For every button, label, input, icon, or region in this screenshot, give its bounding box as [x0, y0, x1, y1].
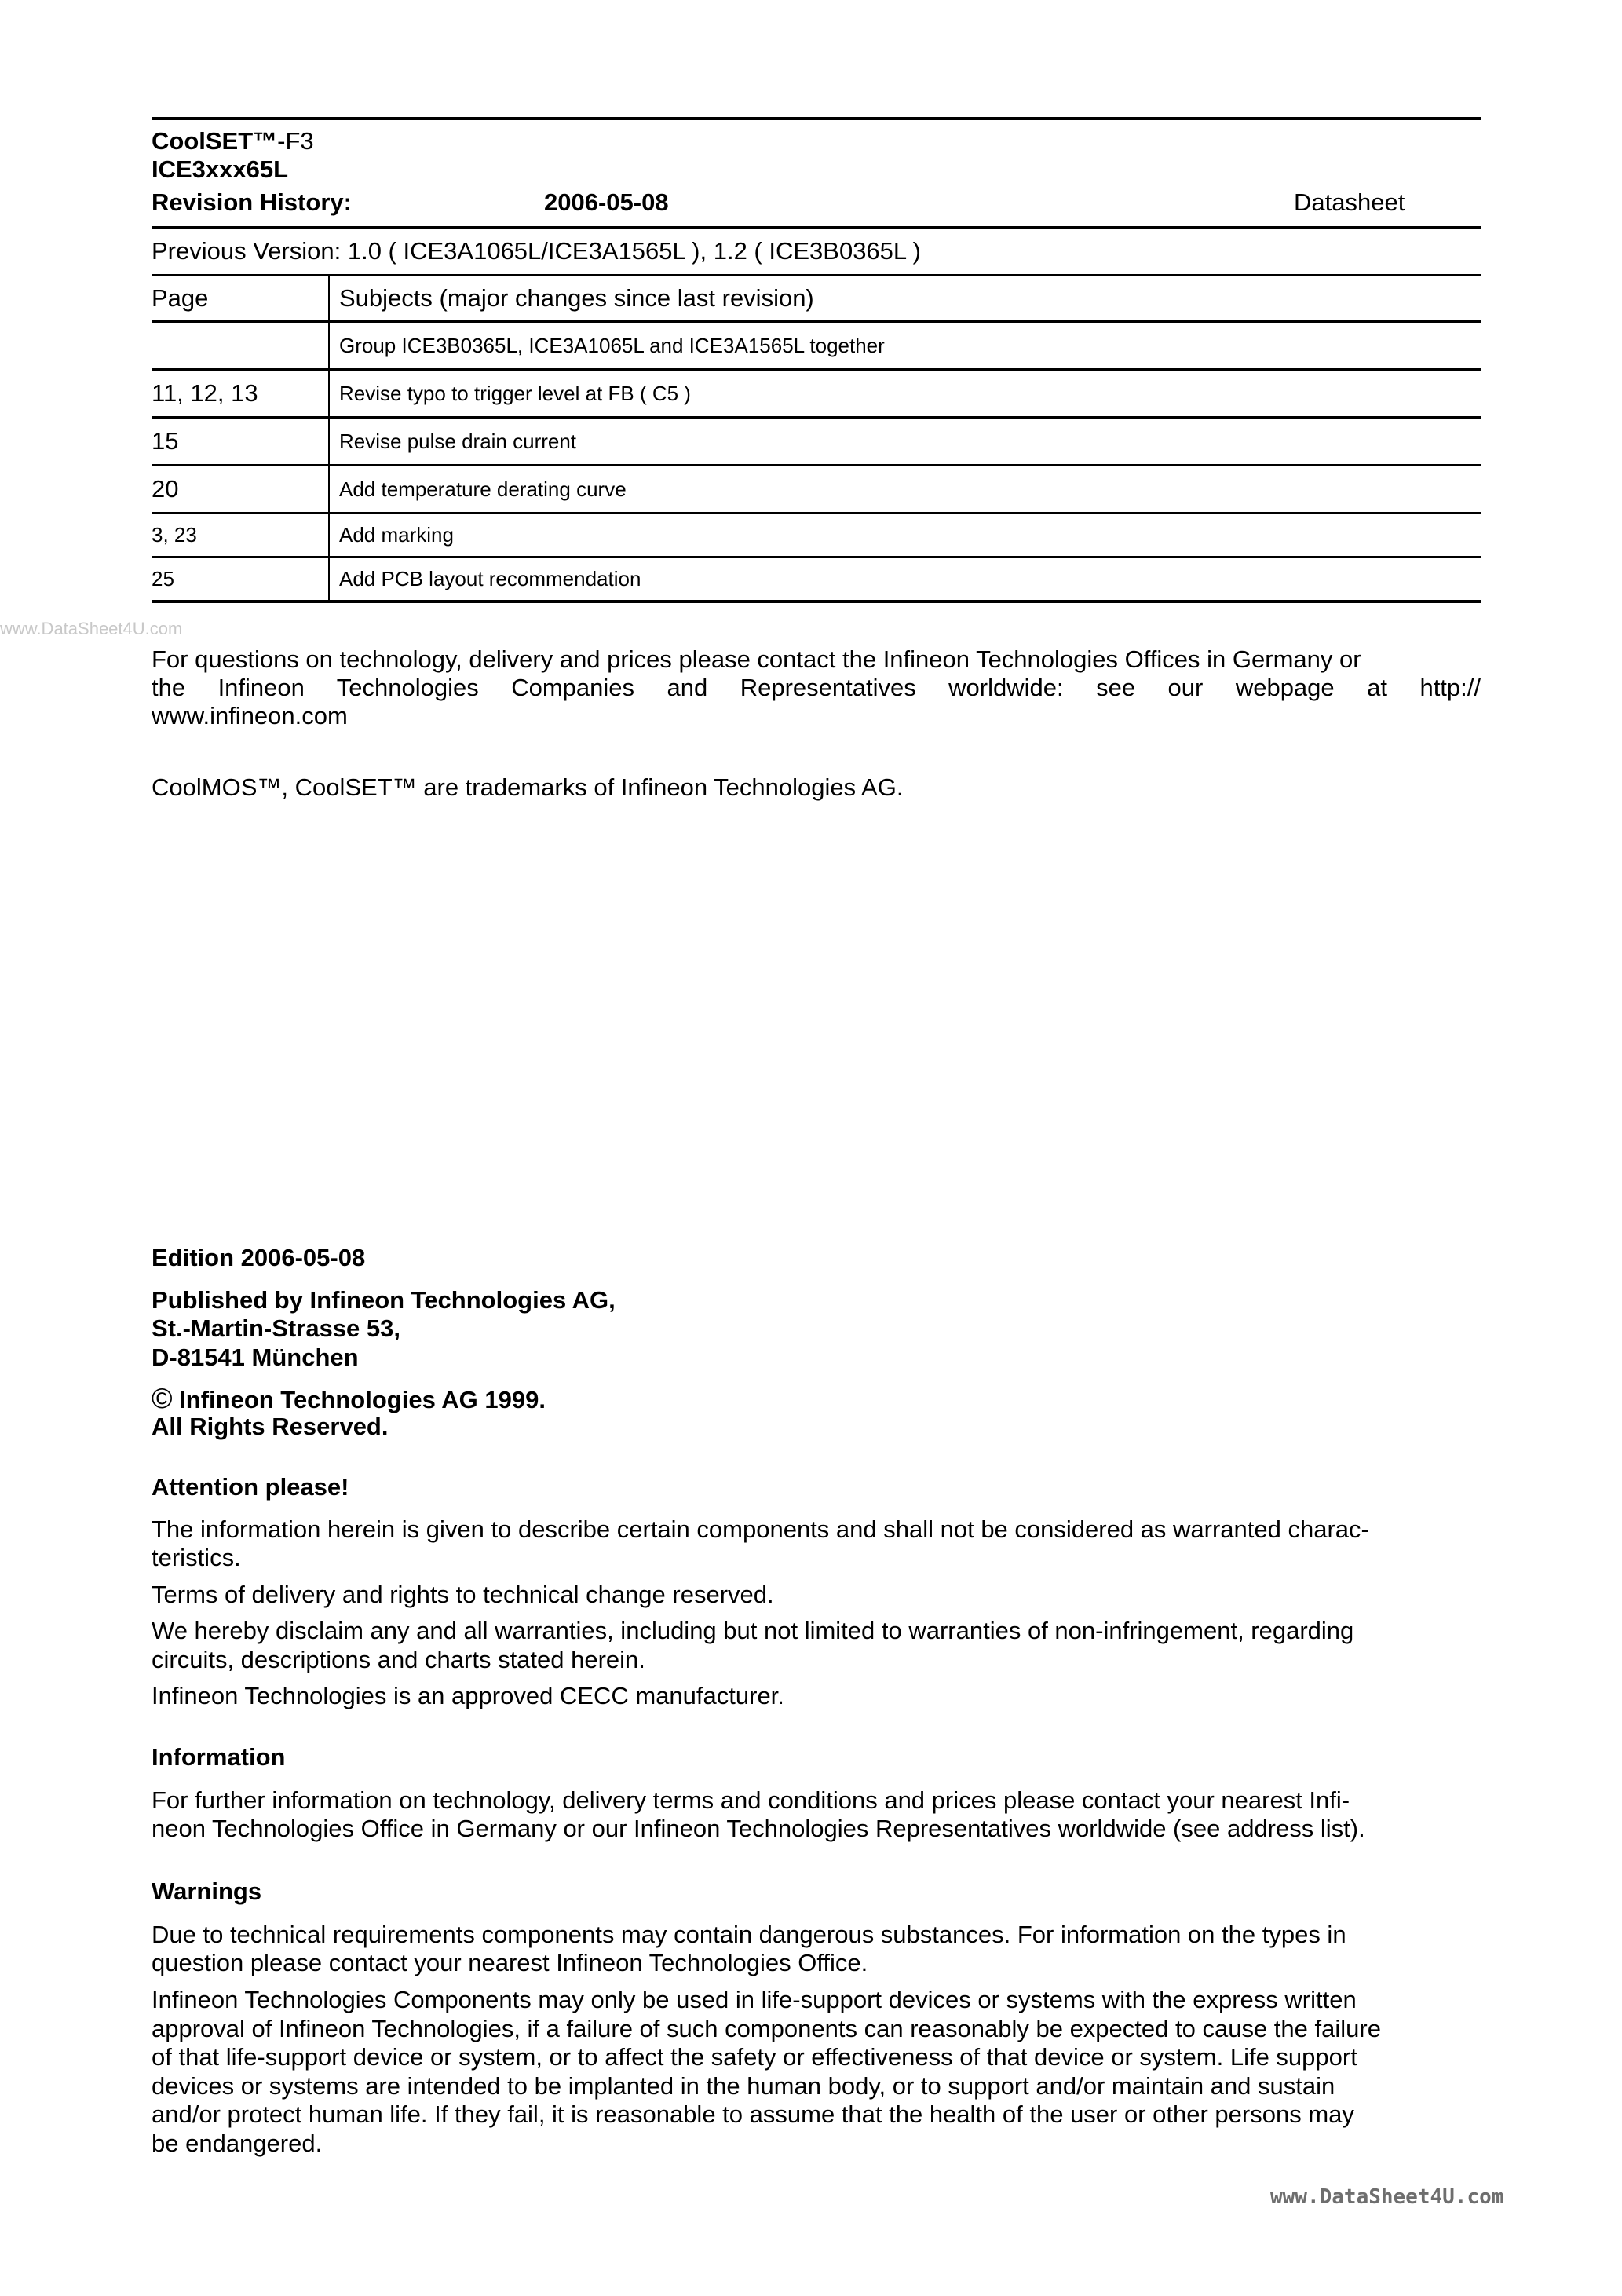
product-line-name: CoolSET™	[152, 127, 277, 155]
header-bottom-rule	[152, 226, 1481, 229]
contact-paragraph-line: For questions on technology, delivery an…	[152, 645, 1481, 674]
row-page-cell: 25	[152, 558, 330, 600]
table-row: 20 Add temperature derating curve	[152, 466, 1481, 512]
warnings-paragraph-line: Infineon Technologies Components may onl…	[152, 1986, 1481, 2015]
information-paragraph-line: neon Technologies Office in Germany or o…	[152, 1815, 1481, 1844]
row-subject-cell: Group ICE3B0365L, ICE3A1065L and ICE3A15…	[330, 323, 1481, 368]
attention-paragraph-line: We hereby disclaim any and all warrantie…	[152, 1617, 1481, 1646]
table-row: Group ICE3B0365L, ICE3A1065L and ICE3A15…	[152, 323, 1481, 368]
row-subject-cell: Revise typo to trigger level at FB ( C5 …	[330, 371, 1481, 416]
warnings-paragraph-line: and/or protect human life. If they fail,…	[152, 2100, 1481, 2130]
row-subject-cell: Add PCB layout recommendation	[330, 558, 1481, 600]
previous-version-text: Previous Version: 1.0 ( ICE3A1065L/ICE3A…	[152, 237, 921, 265]
publisher-line: Published by Infineon Technologies AG,	[152, 1286, 616, 1314]
watermark-text: www.DataSheet4U.com	[0, 619, 182, 639]
revision-date: 2006-05-08	[544, 188, 669, 217]
contact-paragraph-line: the Infineon Technologies Companies and …	[152, 674, 1481, 702]
product-line-title: CoolSET™-F3	[152, 127, 314, 155]
revision-history-table: Page Subjects (major changes since last …	[152, 276, 1481, 603]
product-line-suffix: -F3	[277, 127, 314, 155]
footer-watermark: www.DataSheet4U.com	[1270, 2185, 1503, 2209]
attention-paragraph-line: Terms of delivery and rights to technica…	[152, 1581, 1481, 1610]
row-page-cell	[152, 323, 330, 368]
table-row: 3, 23 Add marking	[152, 514, 1481, 556]
edition-label: Edition 2006-05-08	[152, 1244, 365, 1272]
warnings-heading: Warnings	[152, 1877, 261, 1906]
copyright-line: © Infineon Technologies AG 1999.	[152, 1384, 546, 1414]
attention-paragraph-line: circuits, descriptions and charts stated…	[152, 1646, 1481, 1675]
revision-history-label: Revision History:	[152, 188, 352, 217]
warnings-paragraph-line: of that life-support device or system, o…	[152, 2043, 1481, 2072]
table-row: 11, 12, 13 Revise typo to trigger level …	[152, 371, 1481, 416]
table-row: 15 Revise pulse drain current	[152, 419, 1481, 464]
information-heading: Information	[152, 1743, 286, 1771]
attention-paragraph-line: The information herein is given to descr…	[152, 1515, 1481, 1545]
attention-heading: Attention please!	[152, 1473, 349, 1501]
header-top-rule	[152, 117, 1481, 120]
copyright-text: Infineon Technologies AG 1999.	[179, 1386, 546, 1413]
trademark-note: CoolMOS™, CoolSET™ are trademarks of Inf…	[152, 773, 1481, 802]
doc-type-label: Datasheet	[1294, 188, 1405, 217]
column-header-subjects: Subjects (major changes since last revis…	[330, 276, 1481, 320]
warnings-paragraph-line: approval of Infineon Technologies, if a …	[152, 2015, 1481, 2044]
table-bottom-rule	[152, 600, 1481, 603]
row-page-cell: 15	[152, 419, 330, 464]
row-subject-cell: Revise pulse drain current	[330, 419, 1481, 464]
publisher-street: St.-Martin-Strasse 53,	[152, 1314, 400, 1343]
rights-reserved: All Rights Reserved.	[152, 1413, 388, 1441]
warnings-paragraph-line: be endangered.	[152, 2130, 1481, 2159]
warnings-paragraph-line: Due to technical requirements components…	[152, 1921, 1481, 1950]
information-paragraph-line: For further information on technology, d…	[152, 1786, 1481, 1815]
table-header-row: Page Subjects (major changes since last …	[152, 276, 1481, 320]
part-family-title: ICE3xxx65L	[152, 155, 288, 184]
attention-paragraph-line: teristics.	[152, 1544, 1481, 1573]
row-subject-cell: Add marking	[330, 514, 1481, 556]
table-row: 25 Add PCB layout recommendation	[152, 558, 1481, 600]
attention-paragraph-line: Infineon Technologies is an approved CEC…	[152, 1682, 1481, 1711]
row-page-cell: 3, 23	[152, 514, 330, 556]
infineon-website-link[interactable]: www.infineon.com	[152, 702, 1481, 730]
warnings-paragraph-line: devices or systems are intended to be im…	[152, 2072, 1481, 2101]
row-page-cell: 20	[152, 466, 330, 512]
copyright-icon: ©	[152, 1382, 173, 1414]
column-header-page: Page	[152, 276, 330, 320]
publisher-city: D-81541 München	[152, 1344, 359, 1372]
row-subject-cell: Add temperature derating curve	[330, 466, 1481, 512]
row-page-cell: 11, 12, 13	[152, 371, 330, 416]
warnings-paragraph-line: question please contact your nearest Inf…	[152, 1949, 1481, 1978]
